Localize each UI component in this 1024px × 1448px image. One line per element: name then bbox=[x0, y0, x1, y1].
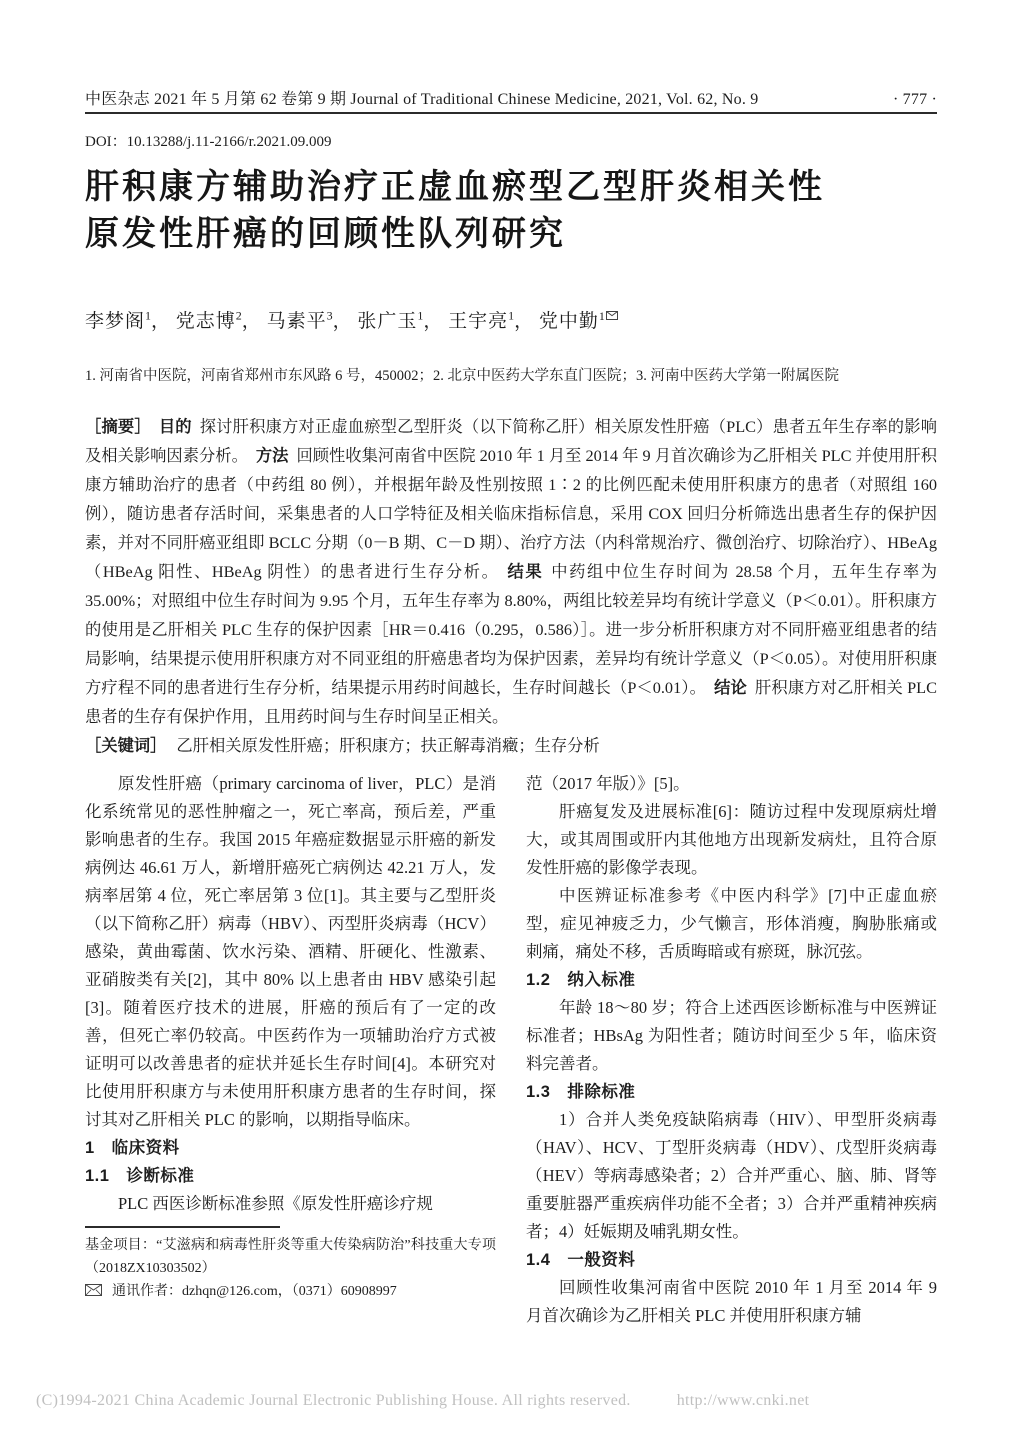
diagnostic-criteria-paragraph: PLC 西医诊断标准参照《原发性肝癌诊疗规 bbox=[85, 1190, 496, 1218]
author: 马素平3， bbox=[267, 311, 352, 332]
footnote-divider bbox=[85, 1226, 280, 1228]
abstract-results-label: 结果 bbox=[507, 562, 543, 581]
abstract-results-text: 中药组中位生存时间为 28.58 个月，五年生存率为 35.00%；对照组中位生… bbox=[85, 562, 937, 697]
body-columns: 原发性肝癌（primary carcinoma of liver，PLC）是消化… bbox=[85, 770, 937, 1330]
abstract-methods-label: 方法 bbox=[256, 446, 289, 465]
keywords-line: ［关键词］乙肝相关原发性肝癌；肝积康方；扶正解毒消癥；生存分析 bbox=[85, 731, 937, 760]
author: 张广玉1， bbox=[357, 311, 442, 332]
intro-paragraph: 原发性肝癌（primary carcinoma of liver，PLC）是消化… bbox=[85, 770, 496, 1134]
continuation-line: 范（2017 年版）》[5]。 bbox=[526, 770, 937, 798]
abstract-methods-text: 回顾性收集河南省中医院 2010 年 1 月至 2014 年 9 月首次确诊为乙… bbox=[85, 446, 937, 581]
cnki-footer: (C)1994-2021 China Academic Journal Elec… bbox=[36, 1392, 984, 1410]
author: 李梦阁1， bbox=[85, 311, 170, 332]
running-head: 中医杂志 2021 年 5 月第 62 卷第 9 期 Journal of Tr… bbox=[85, 86, 937, 109]
cnki-url: http://www.cnki.net bbox=[677, 1392, 810, 1409]
article-title: 肝积康方辅助治疗正虚血瘀型乙型肝炎相关性 原发性肝癌的回顾性队列研究 bbox=[85, 164, 964, 258]
section-heading-1-4: 1.4 一般资料 bbox=[526, 1246, 937, 1274]
author-list: 李梦阁1， 党志博2， 马素平3， 张广玉1， 王宇亮1， 党中勤1 bbox=[85, 306, 618, 333]
abstract-label: ［摘要］ bbox=[85, 417, 151, 436]
affiliations-line: 1. 河南省中医院，河南省郑州市东风路 6 号，450002；2. 北京中医药大… bbox=[85, 364, 937, 385]
footnote-block: 基金项目：“艾滋病和病毒性肝炎等重大传染病防治”科技重大专项（2018ZX103… bbox=[85, 1226, 496, 1304]
abstract-paragraph: ［摘要］目的探讨肝积康方对正虚血瘀型乙型肝炎（以下简称乙肝）相关原发性肝癌（PL… bbox=[85, 412, 937, 731]
author-affil-mark: 1 bbox=[599, 309, 605, 323]
abstract-block: ［摘要］目的探讨肝积康方对正虚血瘀型乙型肝炎（以下简称乙肝）相关原发性肝癌（PL… bbox=[85, 412, 937, 760]
section-heading-1-3: 1.3 排除标准 bbox=[526, 1078, 937, 1106]
section-heading-1-1: 1.1 诊断标准 bbox=[85, 1162, 496, 1190]
envelope-icon bbox=[85, 1281, 102, 1304]
copyright-text: (C)1994-2021 China Academic Journal Elec… bbox=[36, 1392, 631, 1409]
exclusion-criteria-paragraph: 1）合并人类免疫缺陷病毒（HIV）、甲型肝炎病毒（HAV）、HCV、丁型肝炎病毒… bbox=[526, 1106, 937, 1246]
article-title-line2: 原发性肝癌的回顾性队列研究 bbox=[85, 215, 566, 253]
author-corresponding: 党中勤1 bbox=[539, 311, 618, 332]
right-column: 范（2017 年版）》[5]。 肝癌复发及进展标准[6]：随访过程中发现原病灶增… bbox=[526, 770, 937, 1330]
corresponding-author-note: 通讯作者：dzhqn@126.com，（0371）60908997 bbox=[85, 1280, 496, 1304]
general-data-paragraph: 回顾性收集河南省中医院 2010 年 1 月至 2014 年 9 月首次确诊为乙… bbox=[526, 1274, 937, 1330]
header-divider bbox=[85, 112, 937, 114]
section-heading-1: 1 临床资料 bbox=[85, 1134, 496, 1162]
tcm-pattern-paragraph: 中医辨证标准参考《中医内科学》[7]中正虚血瘀型，症见神疲乏力，少气懒言，形体消… bbox=[526, 882, 937, 966]
journal-issue-line: 中医杂志 2021 年 5 月第 62 卷第 9 期 Journal of Tr… bbox=[85, 86, 758, 109]
recurrence-criteria-paragraph: 肝癌复发及进展标准[6]：随访过程中发现原病灶增大，或其周围或肝内其他地方出现新… bbox=[526, 798, 937, 882]
author: 王宇亮1， bbox=[448, 311, 533, 332]
section-heading-1-2: 1.2 纳入标准 bbox=[526, 966, 937, 994]
funding-note: 基金项目：“艾滋病和病毒性肝炎等重大传染病防治”科技重大专项（2018ZX103… bbox=[85, 1234, 496, 1280]
envelope-icon bbox=[606, 311, 618, 320]
doi-line: DOI：10.13288/j.11-2166/r.2021.09.009 bbox=[85, 130, 332, 151]
inclusion-criteria-paragraph: 年龄 18～80 岁；符合上述西医诊断标准与中医辨证标准者；HBsAg 为阳性者… bbox=[526, 994, 937, 1078]
page-number: · 777 · bbox=[893, 91, 937, 109]
article-title-line1: 肝积康方辅助治疗正虚血瘀型乙型肝炎相关性 bbox=[85, 168, 825, 206]
author: 党志博2， bbox=[176, 311, 261, 332]
journal-scan-page: 中医杂志 2021 年 5 月第 62 卷第 9 期 Journal of Tr… bbox=[0, 0, 1024, 1448]
keywords-label: ［关键词］ bbox=[85, 736, 166, 755]
left-column: 原发性肝癌（primary carcinoma of liver，PLC）是消化… bbox=[85, 770, 496, 1330]
abstract-conclusion-label: 结论 bbox=[714, 678, 747, 697]
keywords-text: 乙肝相关原发性肝癌；肝积康方；扶正解毒消癥；生存分析 bbox=[176, 736, 599, 755]
abstract-objective-label: 目的 bbox=[159, 417, 192, 436]
